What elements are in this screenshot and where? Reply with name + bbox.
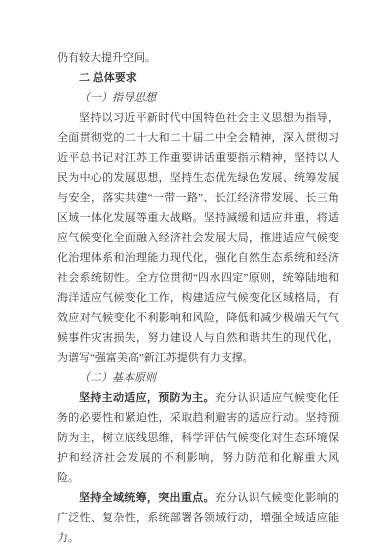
paragraph-body: 坚持以习近平新时代中国特色社会主义思想为指导，全面贯彻党的二十大和二十届二中全会… [57, 112, 339, 364]
document-page: 仍有较大提升空间。 二 总体要求 （一）指导思想 坚持以习近平新时代中国特色社会… [0, 0, 390, 551]
paragraph-principle-overall: 坚持全域统筹，突出重点。充分认识气候变化影响的广泛性、复杂性，系统部署各领域行动… [57, 488, 339, 548]
paragraph-lead: 坚持主动适应，预防为主。 [79, 392, 215, 404]
section-heading: 二 总体要求 [57, 68, 339, 88]
continuation-paragraph: 仍有较大提升空间。 [57, 48, 339, 68]
paragraph-body: 充分认识适应气候变化任务的必要性和紧迫性，采取趋利避害的适应行动。坚持预防为主，… [57, 392, 339, 484]
document-content: 仍有较大提升空间。 二 总体要求 （一）指导思想 坚持以习近平新时代中国特色社会… [57, 48, 339, 548]
paragraph-guiding-ideology: 坚持以习近平新时代中国特色社会主义思想为指导，全面贯彻党的二十大和二十届二中全会… [57, 108, 339, 368]
subsection-heading-guiding-ideology: （一）指导思想 [57, 88, 339, 108]
paragraph-principle-proactive: 坚持主动适应，预防为主。充分认识适应气候变化任务的必要性和紧迫性，采取趋利避害的… [57, 388, 339, 488]
paragraph-lead: 坚持全域统筹，突出重点。 [79, 492, 215, 504]
subsection-heading-basic-principles: （二）基本原则 [57, 368, 339, 388]
